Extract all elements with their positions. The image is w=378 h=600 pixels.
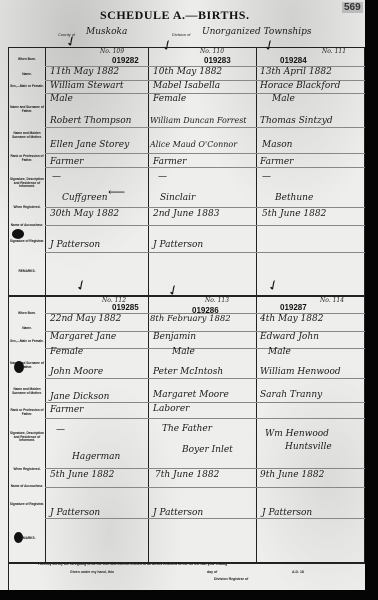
child-name: Margaret Jane	[50, 332, 116, 342]
child-name: Mabel Isabella	[153, 81, 220, 91]
registration-number: 019287	[280, 303, 307, 312]
column-divider	[256, 47, 257, 562]
entry-number: No. 114	[320, 297, 344, 304]
registrar-signature: J Patterson	[153, 240, 203, 250]
ink-blot	[12, 229, 24, 239]
division-value: Unorganized Townships	[202, 27, 312, 37]
mother-name: Jane Dickson	[50, 392, 109, 402]
when-registered: 7th June 1882	[155, 470, 219, 480]
mother-name: Ellen Jane Storey	[50, 140, 129, 150]
informant: —	[262, 172, 271, 182]
checkmark-icon: ✓	[63, 32, 81, 52]
frame-line	[8, 47, 9, 590]
row-rule	[45, 153, 365, 154]
row-rule	[45, 93, 365, 94]
arrow-icon: ⟵	[108, 185, 125, 199]
county-value: Muskoka	[86, 27, 127, 37]
label-name: Name.	[8, 73, 46, 77]
label-name: Name.	[8, 327, 46, 331]
entry-number: No. 109	[100, 48, 124, 55]
row-rule	[45, 252, 365, 253]
when-registered: 5th June 1882	[262, 209, 326, 219]
label-when-born: When Born.	[8, 58, 46, 62]
frame-line	[8, 47, 365, 48]
informant-residence: Sinclair	[160, 193, 195, 203]
when-registered: 9th June 1882	[260, 470, 324, 480]
mother-name: Sarah Tranny	[260, 390, 322, 400]
registration-number: 019285	[112, 303, 139, 312]
informant: Wm Henwood	[265, 429, 329, 439]
mother-name: Margaret Moore	[153, 390, 229, 400]
row-rule	[45, 348, 365, 349]
checkmark-icon: ✓	[73, 276, 91, 296]
row-rule	[45, 207, 365, 208]
row-rule	[45, 468, 365, 469]
when-registered: 2nd June 1883	[153, 209, 219, 219]
registrar-signature: J Patterson	[50, 508, 100, 518]
father-name: Thomas Sintzyd	[260, 116, 333, 126]
label-profession: Rank or Profession of Father.	[8, 155, 46, 162]
when-born: 10th May 1882	[153, 67, 222, 77]
informant: —	[52, 172, 61, 182]
row-rule	[45, 402, 365, 403]
label-father: Name and Surname of Father.	[8, 106, 46, 113]
label-when-registered: When Registered.	[8, 468, 46, 472]
father-name: William Henwood	[260, 367, 341, 377]
division-label: Division of	[172, 32, 190, 37]
page-title: SCHEDULE A.—BIRTHS.	[100, 8, 249, 23]
when-registered: 5th June 1882	[50, 470, 114, 480]
sex: Male	[268, 347, 291, 357]
label-informant: Signature, Description and Residence of …	[8, 178, 46, 189]
when-born: 13th April 1882	[260, 67, 332, 77]
label-mother: Name and Maiden Surname of Mother.	[8, 388, 46, 395]
label-accoucheur: Name of Accoucheur.	[8, 485, 46, 489]
certification-text: I hereby certify the foregoing to be the…	[38, 562, 227, 566]
registration-number: 019282	[112, 56, 139, 65]
child-name: Benjamin	[153, 332, 196, 342]
father-name: John Moore	[50, 367, 103, 377]
informant: The Father	[162, 424, 212, 434]
label-mother: Name and Maiden Surname of Mother.	[8, 132, 46, 139]
label-sex: Sex,—Male or Female.	[8, 340, 46, 344]
child-name: Edward John	[260, 332, 319, 342]
registrar-signature: J Patterson	[50, 240, 100, 250]
scan-border	[0, 590, 378, 600]
child-name: William Stewart	[50, 81, 123, 91]
label-remarks: REMARKS.	[8, 270, 46, 274]
row-rule	[45, 225, 365, 226]
sex: Male	[50, 94, 73, 104]
sex: Female	[153, 94, 186, 104]
registrar-signature: J Patterson	[262, 508, 312, 518]
row-rule	[45, 518, 365, 519]
ink-blot	[14, 532, 23, 543]
sex: Male	[172, 347, 195, 357]
division-registrar: Division Registrar of	[214, 577, 248, 581]
when-born: 11th May 1882	[50, 67, 119, 77]
informant-residence: Hagerman	[72, 452, 120, 462]
label-when-born: When Born.	[8, 312, 46, 316]
informant-residence: Cuffgreen	[62, 193, 108, 203]
mother-name: Alice Maud O'Connor	[150, 140, 237, 149]
entry-number: No. 111	[322, 48, 346, 55]
when-registered: 30th May 1882	[50, 209, 119, 219]
row-rule	[45, 378, 365, 379]
child-name: Horace Blackford	[260, 81, 340, 91]
label-sex: Sex,—Male or Female.	[8, 85, 46, 89]
father-name: Peter McIntosh	[153, 367, 223, 377]
section-divider	[8, 295, 365, 297]
day-of: day of	[207, 570, 217, 574]
registration-number: 019284	[280, 56, 307, 65]
label-when-registered: When Registered.	[8, 206, 46, 210]
label-registrar: Signature of Registrar.	[8, 240, 46, 244]
column-divider	[148, 47, 149, 562]
father-name: Robert Thompson	[50, 116, 131, 126]
entry-number: No. 110	[200, 48, 224, 55]
label-informant: Signature, Description and Residence of …	[8, 432, 46, 443]
ad-year: A.D. 18	[292, 570, 304, 574]
when-born: 4th May 1882	[260, 314, 323, 324]
page-number: 569	[342, 2, 363, 13]
label-accoucheur: Name of Accoucheur.	[8, 224, 46, 228]
when-born: 8th February 1882	[150, 314, 231, 324]
father-profession: Farmer	[260, 157, 293, 167]
father-profession: Laborer	[153, 404, 189, 414]
registration-number: 019283	[204, 56, 231, 65]
checkmark-icon: ✓	[265, 276, 283, 296]
informant: —	[158, 172, 167, 182]
registrar-signature: J Patterson	[153, 508, 203, 518]
when-born: 22nd May 1882	[50, 314, 121, 324]
ink-blot	[14, 361, 24, 373]
informant: —	[56, 425, 65, 435]
given-under-hand: Given under my hand, this	[70, 570, 114, 574]
informant-residence: Boyer Inlet	[182, 445, 233, 455]
scan-border	[365, 0, 378, 600]
sex: Female	[50, 347, 83, 357]
row-rule	[45, 167, 365, 168]
label-registrar: Signature of Registrar.	[8, 503, 46, 507]
label-profession: Rank or Profession of Father.	[8, 409, 46, 416]
father-name: William Duncan Forrest	[150, 116, 247, 125]
father-profession: Farmer	[50, 405, 83, 415]
informant-residence: Huntsville	[285, 442, 332, 452]
row-rule	[45, 487, 365, 488]
father-profession: Farmer	[50, 157, 83, 167]
mother-name: Mason	[262, 140, 292, 150]
row-rule	[45, 127, 365, 128]
informant-residence: Bethune	[275, 193, 313, 203]
entry-number: No. 113	[205, 297, 229, 304]
row-rule	[45, 418, 365, 419]
father-profession: Farmer	[153, 157, 186, 167]
register-page: 569 SCHEDULE A.—BIRTHS. County of Muskok…	[0, 0, 365, 590]
sex: Male	[272, 94, 295, 104]
checkmark-icon: ✓	[165, 281, 183, 301]
